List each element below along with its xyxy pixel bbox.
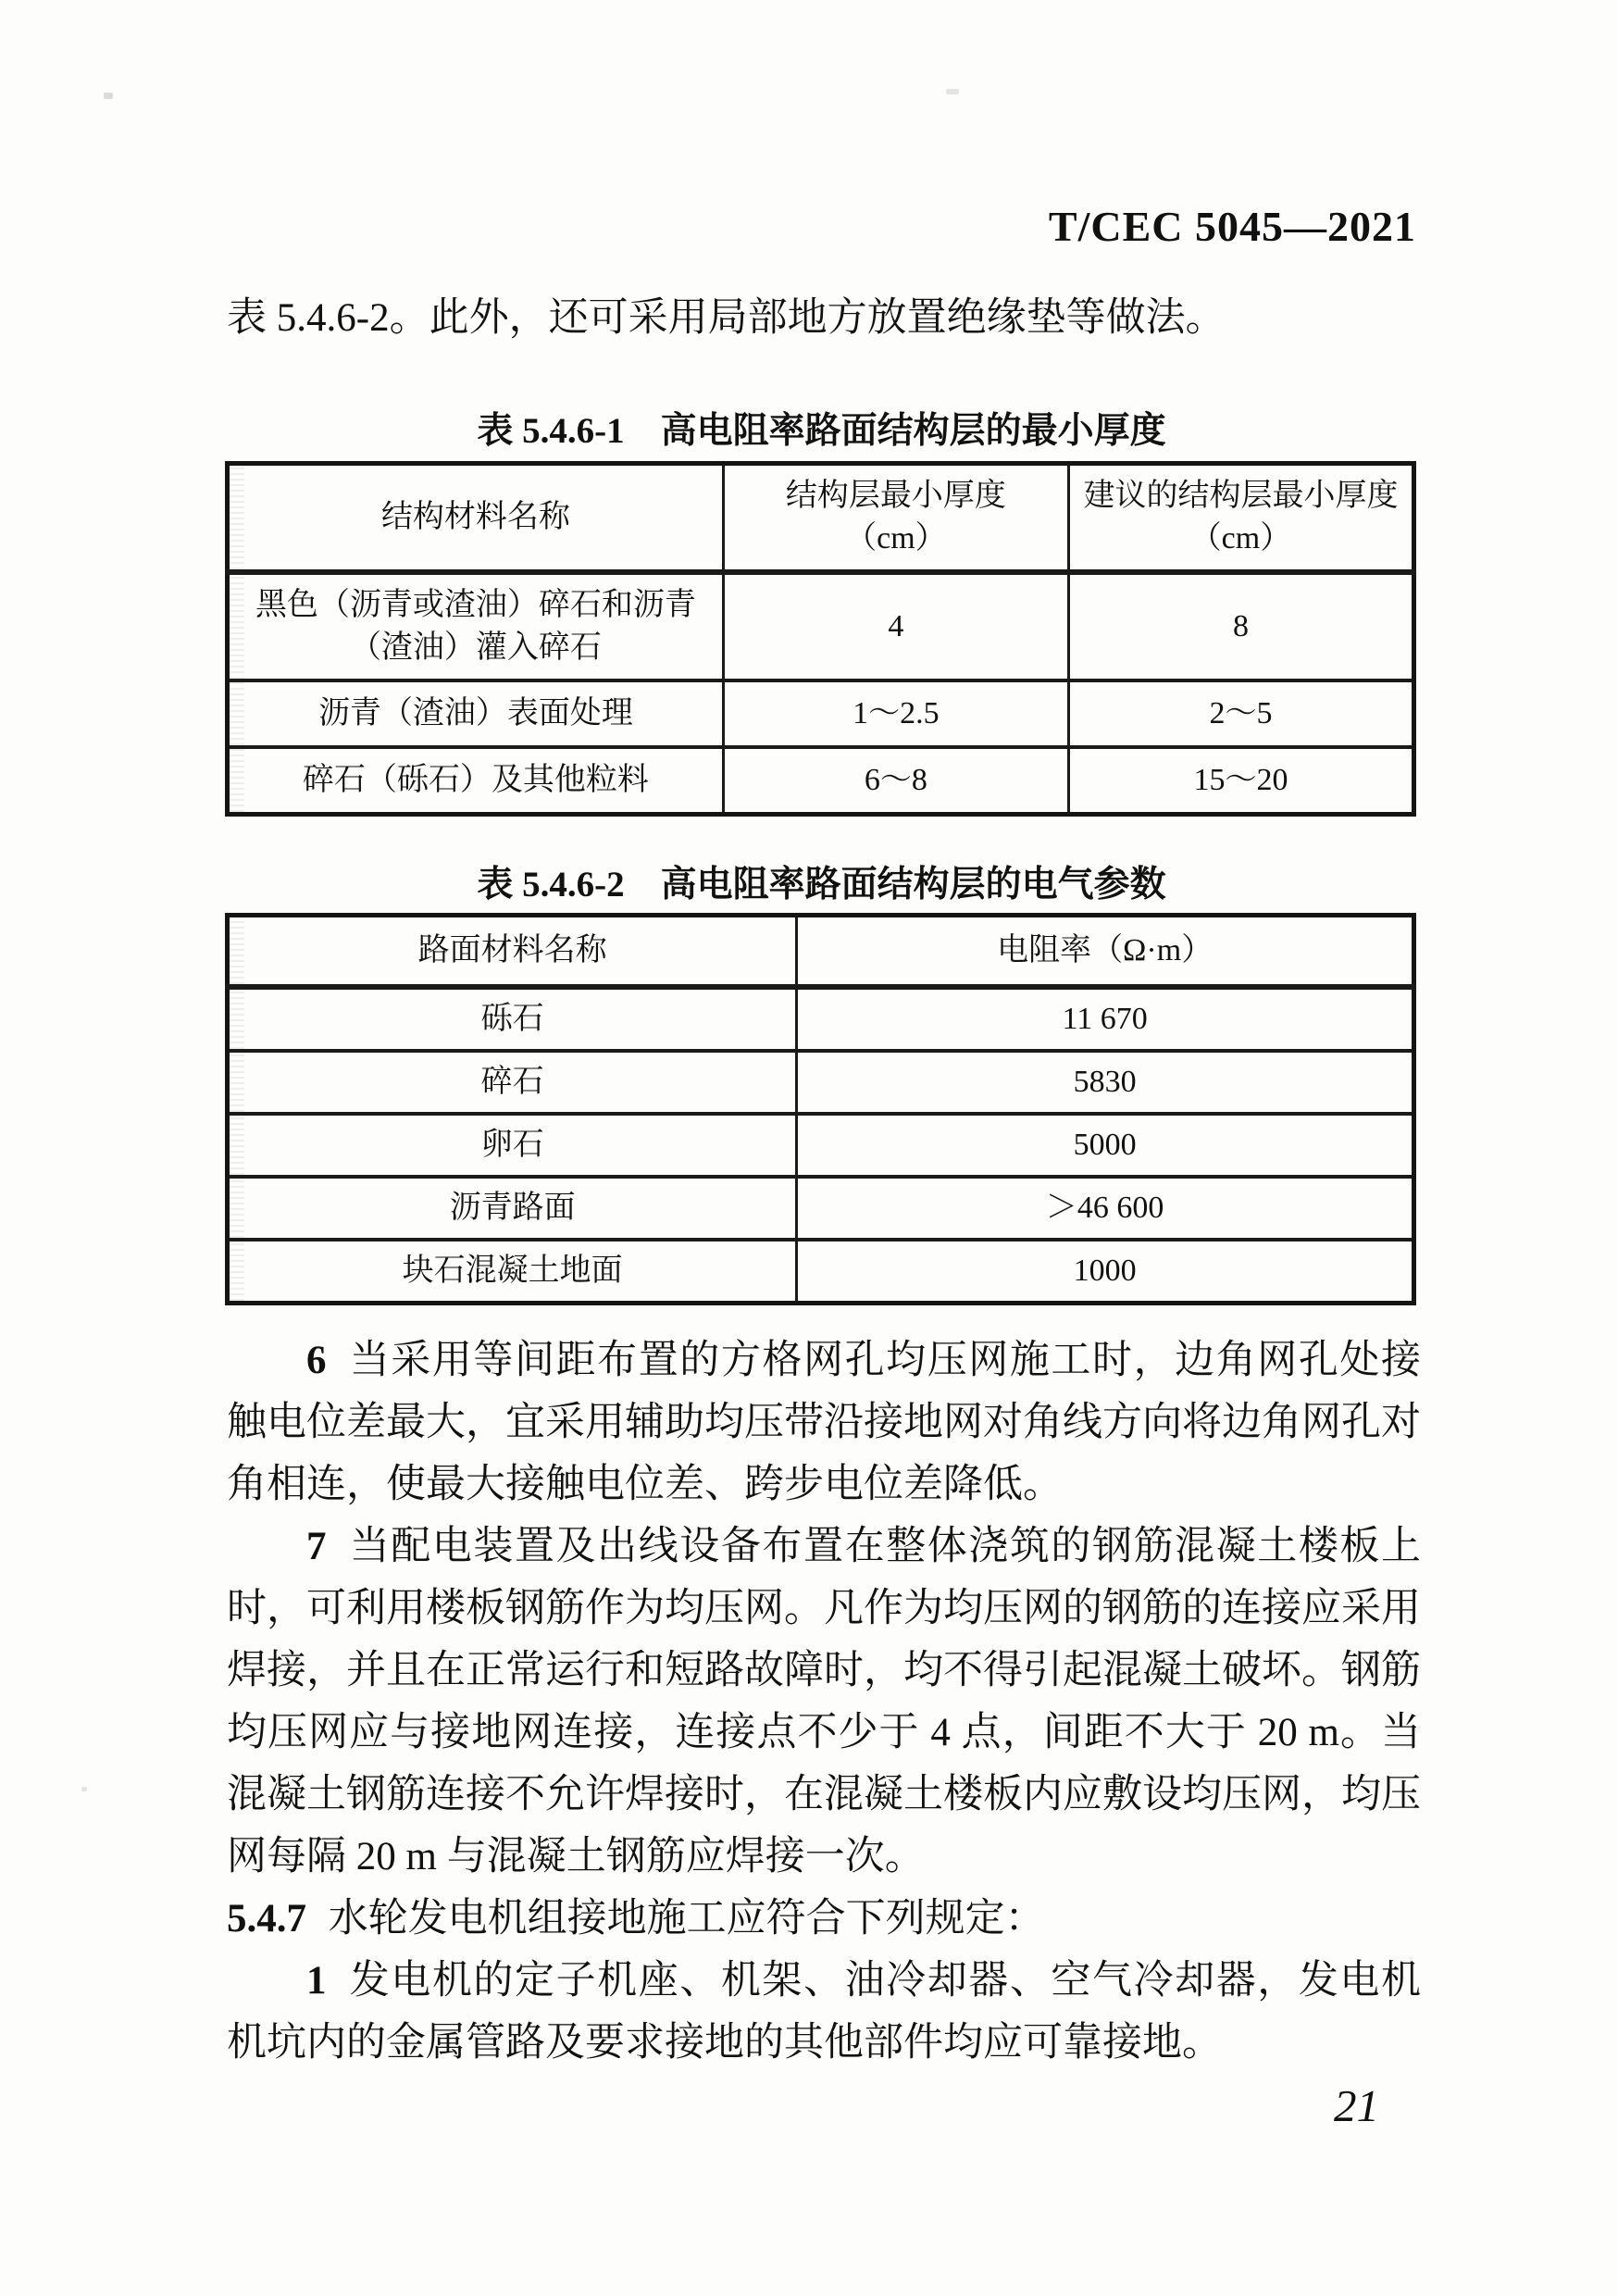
clause-item-text: 当采用等间距布置的方格网孔均压网施工时，边角网孔处接触电位差最大，宜采用辅助均压… [227, 1339, 1421, 1506]
table-row: 块石混凝土地面 1000 [228, 1240, 1414, 1304]
table-row: 碎石 5830 [228, 1051, 1414, 1114]
table-cell: 2～5 [1068, 680, 1413, 747]
clause-item-7: 7当配电装置及出线设备布置在整体浇筑的钢筋混凝土楼板上时，可利用楼板钢筋作为均压… [227, 1516, 1421, 1888]
table2-header-row: 路面材料名称 电阻率（Ω·m） [228, 916, 1414, 988]
intro-paragraph: 表 5.4.6-2。此外，还可采用局部地方放置绝缘垫等做法。 [227, 291, 1421, 346]
table-cell: 5830 [797, 1051, 1414, 1114]
clause-item-number: 7 [306, 1525, 327, 1568]
table-cell: 碎石 [228, 1051, 797, 1114]
table-cell: 1000 [797, 1240, 1414, 1304]
table-cell: 5000 [797, 1114, 1414, 1177]
clause-item-6: 6当采用等间距布置的方格网孔均压网施工时，边角网孔处接触电位差最大，宜采用辅助均… [227, 1329, 1421, 1516]
table-cell: 4 [723, 572, 1068, 680]
table-cell: 15～20 [1068, 747, 1413, 815]
table-cell: ＞46 600 [797, 1177, 1414, 1240]
clause-item-number: 6 [306, 1339, 327, 1382]
table-cell: 沥青路面 [228, 1177, 797, 1240]
table1-header-material: 结构材料名称 [228, 464, 724, 573]
table-cell: 1～2.5 [723, 680, 1068, 747]
clause-item-text: 发电机的定子机座、机架、油冷却器、空气冷却器，发电机机坑内的金属管路及要求接地的… [227, 1959, 1421, 2065]
table2-caption: 表 5.4.6-2 高电阻率路面结构层的电气参数 [227, 855, 1416, 907]
scan-smudge [104, 93, 113, 99]
table2-header-resistivity: 电阻率（Ω·m） [797, 916, 1414, 988]
clause-item-text: 当配电装置及出线设备布置在整体浇筑的钢筋混凝土楼板上时，可利用楼板钢筋作为均压网… [227, 1525, 1421, 1878]
table1-header-row: 结构材料名称 结构层最小厚度 （cm） 建议的结构层最小厚度 （cm） [228, 464, 1414, 573]
table-cell: 块石混凝土地面 [228, 1240, 797, 1304]
table-minimum-thickness: 结构材料名称 结构层最小厚度 （cm） 建议的结构层最小厚度 （cm） 黑色（沥… [225, 461, 1416, 817]
clause-text: 水轮发电机组接地施工应符合下列规定： [329, 1897, 1045, 1940]
table-row: 沥青（渣油）表面处理 1～2.5 2～5 [228, 680, 1414, 747]
body-text-block: 6当采用等间距布置的方格网孔均压网施工时，边角网孔处接触电位差最大，宜采用辅助均… [227, 1329, 1421, 2074]
table-cell: 8 [1068, 572, 1413, 680]
table-row: 黑色（沥青或渣油）碎石和沥青（渣油）灌入碎石 4 8 [228, 572, 1414, 680]
table-cell: 黑色（沥青或渣油）碎石和沥青（渣油）灌入碎石 [228, 572, 724, 680]
table-cell: 碎石（砾石）及其他粒料 [228, 747, 724, 815]
table-electrical-parameters: 路面材料名称 电阻率（Ω·m） 砾石 11 670 碎石 5830 卵石 500… [225, 913, 1416, 1305]
document-page: T/CEC 5045—2021 表 5.4.6-2。此外，还可采用局部地方放置绝… [0, 0, 1618, 2296]
scan-smudge [946, 89, 959, 94]
table1-header-min-thickness: 结构层最小厚度 （cm） [723, 464, 1068, 573]
clause-item-1: 1发电机的定子机座、机架、油冷却器、空气冷却器，发电机机坑内的金属管路及要求接地… [227, 1950, 1421, 2074]
clause-5-4-7: 5.4.7水轮发电机组接地施工应符合下列规定： [227, 1888, 1421, 1950]
table-cell: 6～8 [723, 747, 1068, 815]
table-cell: 沥青（渣油）表面处理 [228, 680, 724, 747]
standard-code-header: T/CEC 5045—2021 [227, 202, 1416, 251]
clause-item-number: 1 [306, 1959, 327, 2003]
table-cell: 卵石 [228, 1114, 797, 1177]
table1-caption: 表 5.4.6-1 高电阻率路面结构层的最小厚度 [227, 402, 1416, 454]
scan-smudge [81, 1787, 87, 1791]
table-cell: 砾石 [228, 987, 797, 1051]
table-cell: 11 670 [797, 987, 1414, 1051]
clause-number: 5.4.7 [227, 1897, 306, 1940]
page-number: 21 [227, 2079, 1379, 2132]
table-row: 卵石 5000 [228, 1114, 1414, 1177]
table-row: 沥青路面 ＞46 600 [228, 1177, 1414, 1240]
table-row: 砾石 11 670 [228, 987, 1414, 1051]
table1-header-recommended-thickness: 建议的结构层最小厚度 （cm） [1068, 464, 1413, 573]
table-row: 碎石（砾石）及其他粒料 6～8 15～20 [228, 747, 1414, 815]
table2-header-material: 路面材料名称 [228, 916, 797, 988]
